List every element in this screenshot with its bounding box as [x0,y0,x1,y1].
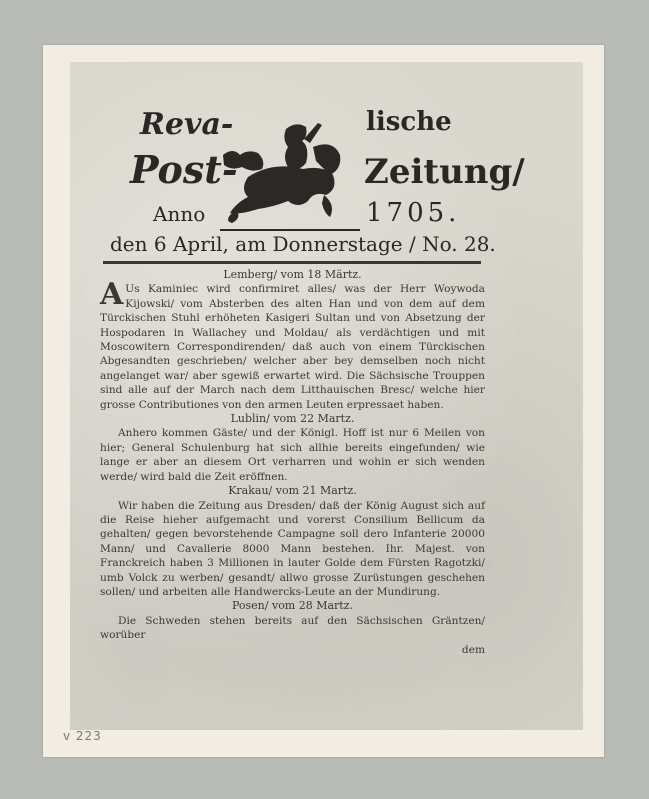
masthead-divider [103,261,481,264]
article-text: Us Kaminiec wird confirmiret alles/ was … [100,283,485,410]
article-body-lublin: Anhero kommen Gäste/ und der Königl. Hof… [100,426,485,484]
archive-pencil-mark: v 223 [63,729,102,743]
emblem-rule [220,229,360,231]
title-lische: lische [366,107,452,137]
catchword: dem [100,643,485,657]
article-heading-lublin: Lublin/ vom 22 Martz. [100,412,485,426]
drop-cap: A [100,282,123,308]
article-heading-lemberg: Lemberg/ vom 18 Märtz. [100,268,485,282]
article-body-lemberg: A Us Kaminiec wird confirmiret alles/ wa… [100,282,485,412]
article-heading-posen: Posen/ vom 28 Martz. [100,599,485,613]
article-body-posen: Die Schweden stehen bereits auf den Säch… [100,614,485,643]
photo-mount-card: Reva- lische Post- Zeitung/ [43,45,604,757]
year: 1705. [366,198,460,228]
masthead: Reva- lische Post- Zeitung/ [70,62,583,262]
article-body-krakau: Wir haben die Zeitung aus Dresden/ daß d… [100,499,485,600]
dateline: den 6 April, am Donnerstage / No. 28. [110,232,496,256]
title-zeitung: Zeitung/ [364,152,525,192]
news-column: Lemberg/ vom 18 Märtz. A Us Kaminiec wir… [100,268,485,657]
newspaper-photograph: Reva- lische Post- Zeitung/ [70,62,583,730]
anno-label: Anno [153,202,205,226]
article-heading-krakau: Krakau/ vom 21 Martz. [100,484,485,498]
post-rider-icon [218,117,348,227]
